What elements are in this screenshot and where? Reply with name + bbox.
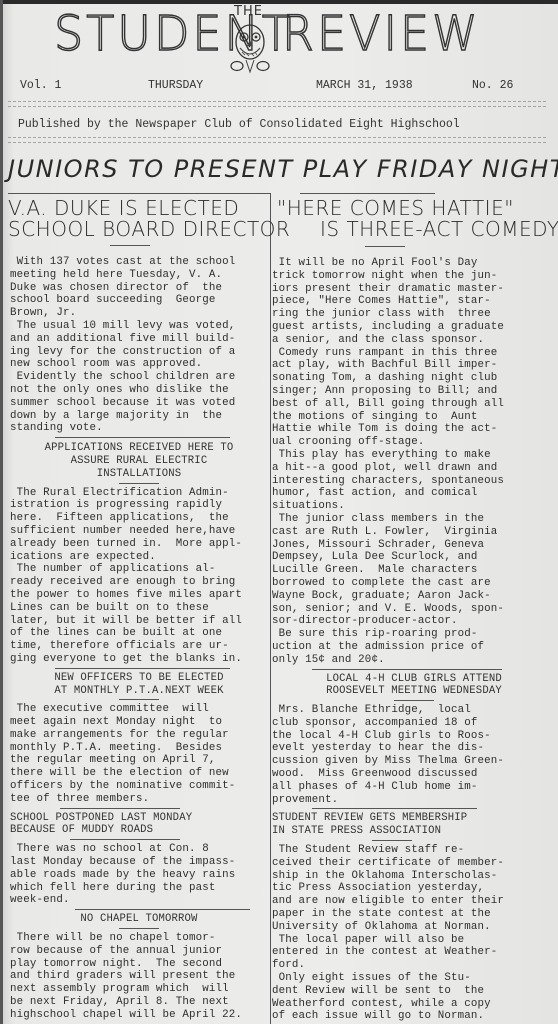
article-line: Be sure this rip-roaring prod- <box>272 628 556 641</box>
article-school-postponed-headline: SCHOOL POSTPONED LAST MONDAYBECAUSE OF M… <box>10 812 268 838</box>
article-line: best of all, Bill going through all <box>272 398 556 411</box>
article-line: highschool chapel will be April 22. <box>10 1009 268 1022</box>
article-line: iors present their dramatic master- <box>272 283 556 296</box>
banner-headline: JUNIORS TO PRESENT PLAY FRIDAY NIGHT <box>8 155 553 183</box>
article-line: ceived their certificate of member- <box>272 857 556 870</box>
article-line: monthly P.T.A. meeting. Besides <box>10 742 268 755</box>
headline-underline <box>119 699 159 700</box>
subheadline-line: STUDENT REVIEW GETS MEMBERSHIP <box>272 812 556 825</box>
article-line: standing vote. <box>10 422 268 435</box>
article-rural-electric: The Rural Electrification Admin-istratio… <box>10 487 268 666</box>
article-line: ual crooning off-stage. <box>272 436 556 449</box>
article-duke-elected: With 137 votes cast at the schoolmeeting… <box>10 256 268 435</box>
article-line: wood. Miss Greenwood discussed <box>272 768 556 781</box>
article-line: istration is progressing rapidly <box>10 499 268 512</box>
article-line: Duke was chosen director of the <box>10 282 268 295</box>
article-line: next assembly program which will <box>10 983 268 996</box>
headline-underline <box>394 700 434 701</box>
article-line: With 137 votes cast at the school <box>10 256 268 269</box>
divider <box>8 142 546 143</box>
article-line: humor, fast action, and comical <box>272 487 556 500</box>
article-divider <box>55 437 230 438</box>
article-divider <box>312 669 502 670</box>
article-line: ing levy for the construction of a <box>10 346 268 359</box>
masthead: STUDENT THE REVIEW <box>50 4 470 82</box>
subheadline-line: LOCAL 4-H CLUB GIRLS ATTEND <box>272 673 556 686</box>
article-line: Mrs. Blanche Ethridge, local <box>272 704 556 717</box>
article-line: piece, "Here Comes Hattie", star- <box>272 295 556 308</box>
article-line: paper in the state contest at the <box>272 908 556 921</box>
article-line: entered in the contest at Weather- <box>272 946 556 959</box>
subheadline-line: IN STATE PRESS ASSOCIATION <box>272 825 556 838</box>
headline-underline <box>110 245 150 246</box>
article-line: and third graders will present the <box>10 970 268 983</box>
scan-left-edge <box>0 0 3 1024</box>
article-line: ford. <box>272 959 556 972</box>
article-line: tic Press Association yesterday, <box>272 882 556 895</box>
divider <box>8 106 546 107</box>
article-line: ging everyone to get the blanks in. <box>10 653 268 666</box>
owl-emblem-icon <box>228 18 272 76</box>
article-line: Comedy runs rampant in this three <box>272 347 556 360</box>
article-line: the power to homes five miles apart <box>10 589 268 602</box>
left-headline: V.A. DUKE IS ELECTED SCHOOL BOARD DIRECT… <box>8 198 290 240</box>
article-here-comes-hattie: It will be no April Fool's Daytrick tomo… <box>272 257 556 667</box>
article-line: which fell here during the past <box>10 882 268 895</box>
article-line: interesting characters, spontaneous <box>272 475 556 488</box>
article-line: borrowed to complete the cast are <box>272 577 556 590</box>
article-line: only 15¢ and 20¢. <box>272 654 556 667</box>
article-line: Lines can be built on to these <box>10 602 268 615</box>
article-line: play tomorrow night. The second <box>10 958 268 971</box>
article-line: club sponsor, accompanied 18 of <box>272 717 556 730</box>
article-line: The Rural Electrification Admin- <box>10 487 268 500</box>
article-line: evelt yesterday to hear the dis- <box>272 742 556 755</box>
volume-number: Vol. 1 <box>20 79 61 92</box>
subheadline-line: SCHOOL POSTPONED LAST MONDAY <box>10 812 268 825</box>
article-line: week-end. <box>10 894 268 907</box>
article-line: sufficient number needed here,have <box>10 525 268 538</box>
article-line: situations. <box>272 500 556 513</box>
article-line: The local paper will also be <box>272 934 556 947</box>
article-line: the motions of singing to Aunt <box>272 411 556 424</box>
left-column-top-rule <box>8 193 270 194</box>
article-no-chapel: There will be no chapel tomor-row becaus… <box>10 932 268 1022</box>
subheadline-line: ASSURE RURAL ELECTRIC <box>10 455 268 468</box>
column-divider <box>270 193 271 1024</box>
article-divider <box>60 808 180 809</box>
subheadline-line: APPLICATIONS RECEIVED HERE TO <box>10 442 268 455</box>
article-line: Jones, Missouri Schrader, Geneva <box>272 539 556 552</box>
article-line: Brown, Jr. <box>10 307 268 320</box>
right-column-top-rule <box>300 193 435 194</box>
article-line: school board succeeding George <box>10 294 268 307</box>
issue-number: No. 26 <box>472 79 513 92</box>
article-line: The executive committee will <box>10 703 268 716</box>
article-line: already been turned in. More appl- <box>10 538 268 551</box>
article-line: cussion given by Miss Thelma Green- <box>272 755 556 768</box>
article-line: ring the junior class with three <box>272 308 556 321</box>
left-headline-line-1: V.A. DUKE IS ELECTED <box>8 198 290 219</box>
article-line: ications are expected. <box>10 551 268 564</box>
article-pta: The executive committee willmeet again n… <box>10 703 268 805</box>
article-line: all phases of 4-H Club home im- <box>272 781 556 794</box>
article-line: It will be no April Fool's Day <box>272 257 556 270</box>
article-line: There was no school at Con. 8 <box>10 843 268 856</box>
subheadline-line: NO CHAPEL TOMORROW <box>10 913 268 926</box>
article-line: The number of applications al- <box>10 563 268 576</box>
article-line: Hattie while Tom is doing the act- <box>272 423 556 436</box>
article-line: Only eight issues of the Stu- <box>272 972 556 985</box>
article-line: last Monday because of the impass- <box>10 856 268 869</box>
article-line: act play, with Bachful Bill imper- <box>272 359 556 372</box>
article-line: the local 4-H Club girls to Roos- <box>272 730 556 743</box>
article-4h-headline: LOCAL 4-H CLUB GIRLS ATTENDROOSEVELT MEE… <box>272 673 556 699</box>
article-line: uction at the admission price of <box>272 641 556 654</box>
article-press-membership: The Student Review staff re-ceived their… <box>272 844 556 1023</box>
article-line: dent Review will be sent to the <box>272 985 556 998</box>
article-press-membership-headline: STUDENT REVIEW GETS MEMBERSHIPIN STATE P… <box>272 812 556 838</box>
left-headline-line-2: SCHOOL BOARD DIRECTOR <box>8 219 290 240</box>
publisher-line: Published by the Newspaper Club of Conso… <box>18 118 460 131</box>
article-line: down by a large majority in the <box>10 410 268 423</box>
headline-underline <box>119 483 159 484</box>
article-line: Lucille Green. Male characters <box>272 564 556 577</box>
article-line: and an additional five mill build- <box>10 333 268 346</box>
article-line: guest artists, including a graduate <box>272 321 556 334</box>
article-line: not the only ones who dislike the <box>10 384 268 397</box>
subheadline-line: INSTALLATIONS <box>10 468 268 481</box>
headline-underline <box>70 839 180 840</box>
article-line: officers by the nominative commit- <box>10 780 268 793</box>
article-line: row because of the annual junior <box>10 945 268 958</box>
article-line: a hit--a good plot, well drawn and <box>272 462 556 475</box>
article-line: Wayne Bock, graduate; Aaron Jack- <box>272 590 556 603</box>
article-line: able roads made by the heavy rains <box>10 869 268 882</box>
article-rural-electric-headline: APPLICATIONS RECEIVED HERE TOASSURE RURA… <box>10 442 268 480</box>
article-line: later, but it will be better if all <box>10 615 268 628</box>
article-line: son, senior; and V. E. Woods, spon- <box>272 603 556 616</box>
headline-underline <box>119 928 159 929</box>
article-pta-headline: NEW OFFICERS TO BE ELECTEDAT MONTHLY P.T… <box>10 672 268 698</box>
article-line: sor-director-producer-actor. <box>272 615 556 628</box>
headline-underline <box>372 840 412 841</box>
article-divider <box>55 668 230 669</box>
article-line: meeting held here Tuesday, V. A. <box>10 269 268 282</box>
article-line: sonating Tom, a dashing night club <box>272 372 556 385</box>
article-line: summer school because it was voted <box>10 397 268 410</box>
issue-date: MARCH 31, 1938 <box>316 79 413 92</box>
right-column: It will be no April Fool's Daytrick tomo… <box>272 257 556 1023</box>
article-line: here. Fifteen applications, the <box>10 512 268 525</box>
divider <box>8 137 546 138</box>
article-line: Dempsey, Lula Dee Scurlock, and <box>272 551 556 564</box>
article-line: time, therefore officials are ur- <box>10 640 268 653</box>
article-line: a senior, and the class sponsor. <box>272 334 556 347</box>
article-divider <box>75 909 250 910</box>
issue-info-row: Vol. 1 THURSDAY MARCH 31, 1938 No. 26 <box>0 79 558 95</box>
article-line: This play has everything to make <box>272 449 556 462</box>
article-line: the regular meeting on April 7, <box>10 754 268 767</box>
subheadline-line: ROOSEVELT MEETING WEDNESDAY <box>272 685 556 698</box>
article-line: Evidently the school children are <box>10 371 268 384</box>
subheadline-line: AT MONTHLY P.T.A.NEXT WEEK <box>10 685 268 698</box>
article-no-chapel-headline: NO CHAPEL TOMORROW <box>10 913 268 926</box>
article-line: cast are Ruth L. Fowler, Virginia <box>272 526 556 539</box>
article-line: new school room was approved. <box>10 358 268 371</box>
article-4h-club: Mrs. Blanche Ethridge, localclub sponsor… <box>272 704 556 806</box>
article-line: be next Friday, April 8. The next <box>10 996 268 1009</box>
article-line: there will be the election of new <box>10 767 268 780</box>
article-line: singer; Ann proposing to Bill; and <box>272 385 556 398</box>
divider <box>8 101 546 102</box>
right-headline-line-1: "HERE COMES HATTIE" <box>277 198 558 219</box>
article-line: meet again next Monday night to <box>10 716 268 729</box>
article-line: The Student Review staff re- <box>272 844 556 857</box>
subheadline-line: BECAUSE OF MUDDY ROADS <box>10 824 268 837</box>
article-line: Weatherford contest, while a copy <box>272 998 556 1011</box>
article-line: tee of three members. <box>10 793 268 806</box>
article-divider <box>312 808 477 809</box>
article-line: There will be no chapel tomor- <box>10 932 268 945</box>
issue-day: THURSDAY <box>148 79 203 92</box>
article-line: of the lines can be built at one <box>10 627 268 640</box>
masthead-title-right: REVIEW <box>282 5 481 62</box>
article-school-postponed: There was no school at Con. 8last Monday… <box>10 843 268 907</box>
article-line: trick tomorrow night when the jun- <box>272 270 556 283</box>
article-line: and are now eligible to enter their <box>272 895 556 908</box>
left-column: With 137 votes cast at the schoolmeeting… <box>10 256 268 1022</box>
article-line: University of Oklahoma at Norman. <box>272 921 556 934</box>
article-line: The junior class members in the <box>272 513 556 526</box>
article-line: make arrangements for the regular <box>10 729 268 742</box>
article-line: of each issue will go to Norman. <box>272 1010 556 1023</box>
article-line: ship in the Oklahoma Interscholas- <box>272 870 556 883</box>
article-line: The usual 10 mill levy was voted, <box>10 320 268 333</box>
right-headline: "HERE COMES HATTIE" IS THREE-ACT COMEDY <box>277 198 558 240</box>
article-line: ready received are enough to bring <box>10 576 268 589</box>
headline-underline <box>365 246 405 247</box>
masthead-title-the: THE <box>234 4 263 19</box>
subheadline-line: NEW OFFICERS TO BE ELECTED <box>10 672 268 685</box>
right-headline-line-2: IS THREE-ACT COMEDY <box>277 219 558 240</box>
article-line: provement. <box>272 794 556 807</box>
